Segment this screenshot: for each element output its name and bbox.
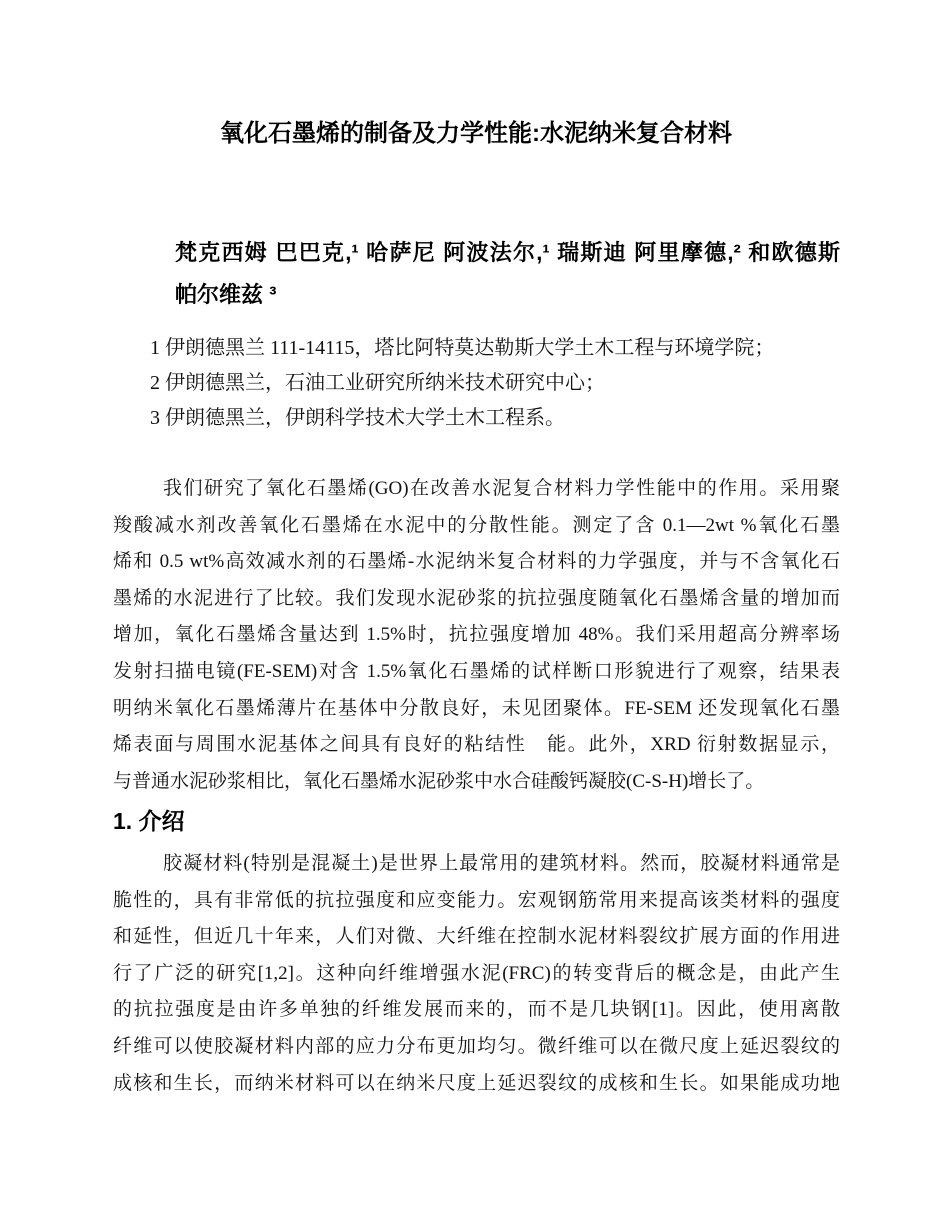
intro-line: 行了广泛的研究[1,2]。这种向纤维增强水泥(FRC)的转变背后的概念是，由此产…	[113, 956, 840, 993]
intro-line: 的抗拉强度是由许多单独的纤维发展而来的，而不是几块钢[1]。因此，使用离散	[113, 992, 840, 1029]
introduction-paragraph: 胶凝材料(特别是混凝土)是世界上最常用的建筑材料。然而，胶凝材料通常是 脆性的，…	[113, 846, 840, 1102]
intro-line: 和延性，但近几十年来，人们对微、大纤维在控制水泥材料裂纹扩展方面的作用进	[113, 919, 840, 956]
abstract-line: 增加，氧化石墨烯含量达到 1.5%时，抗拉强度增加 48%。我们采用超高分辨率场	[113, 617, 840, 654]
author-block: 梵克西姆 巴巴克,¹ 哈萨尼 阿波法尔,¹ 瑞斯迪 阿里摩德,² 和欧德斯 帕尔…	[175, 232, 840, 316]
affiliation-line-1: 1 伊朗德黑兰 111-14115，塔比阿特莫达勒斯大学土木工程与环境学院；	[150, 331, 850, 366]
affiliation-line-2: 2 伊朗德黑兰，石油工业研究所纳米技术研究中心；	[150, 366, 850, 401]
abstract-line: 烯和 0.5 wt%高效减水剂的石墨烯-水泥纳米复合材料的力学强度，并与不含氧化…	[113, 544, 840, 581]
author-line-2: 帕尔维兹 ³	[175, 274, 840, 316]
abstract-line: 我们研究了氧化石墨烯(GO)在改善水泥复合材料力学性能中的作用。采用聚	[113, 471, 840, 508]
intro-line: 胶凝材料(特别是混凝土)是世界上最常用的建筑材料。然而，胶凝材料通常是	[113, 846, 840, 883]
intro-line: 成核和生长，而纳米材料可以在纳米尺度上延迟裂纹的成核和生长。如果能成功地	[113, 1066, 840, 1103]
abstract-paragraph: 我们研究了氧化石墨烯(GO)在改善水泥复合材料力学性能中的作用。采用聚 羧酸减水…	[113, 471, 840, 800]
affiliation-block: 1 伊朗德黑兰 111-14115，塔比阿特莫达勒斯大学土木工程与环境学院； 2…	[150, 331, 850, 436]
abstract-line: 烯表面与周围水泥基体之间具有良好的粘结性 能。此外，XRD 衍射数据显示，	[113, 727, 840, 764]
section-heading-introduction: 1. 介绍	[113, 806, 185, 836]
document-page: 氧化石墨烯的制备及力学性能:水泥纳米复合材料 梵克西姆 巴巴克,¹ 哈萨尼 阿波…	[0, 0, 952, 1232]
abstract-line: 与普通水泥砂浆相比，氧化石墨烯水泥砂浆中水合硅酸钙凝胶(C-S-H)增长了。	[113, 764, 840, 801]
abstract-line: 羧酸减水剂改善氧化石墨烯在水泥中的分散性能。测定了含 0.1—2wt %氧化石墨	[113, 508, 840, 545]
paper-title: 氧化石墨烯的制备及力学性能:水泥纳米复合材料	[0, 119, 952, 149]
affiliation-line-3: 3 伊朗德黑兰，伊朗科学技术大学土木工程系。	[150, 401, 850, 436]
abstract-line: 墨烯的水泥进行了比较。我们发现水泥砂浆的抗拉强度随氧化石墨烯含量的增加而	[113, 581, 840, 618]
intro-line: 脆性的，具有非常低的抗拉强度和应变能力。宏观钢筋常用来提高该类材料的强度	[113, 883, 840, 920]
abstract-line: 明纳米氧化石墨烯薄片在基体中分散良好，未见团聚体。FE-SEM 还发现氧化石墨	[113, 691, 840, 728]
author-line-1: 梵克西姆 巴巴克,¹ 哈萨尼 阿波法尔,¹ 瑞斯迪 阿里摩德,² 和欧德斯	[175, 232, 840, 274]
intro-line: 纤维可以使胶凝材料内部的应力分布更加均匀。微纤维可以在微尺度上延迟裂纹的	[113, 1029, 840, 1066]
abstract-line: 发射扫描电镜(FE-SEM)对含 1.5%氧化石墨烯的试样断口形貌进行了观察，结…	[113, 654, 840, 691]
